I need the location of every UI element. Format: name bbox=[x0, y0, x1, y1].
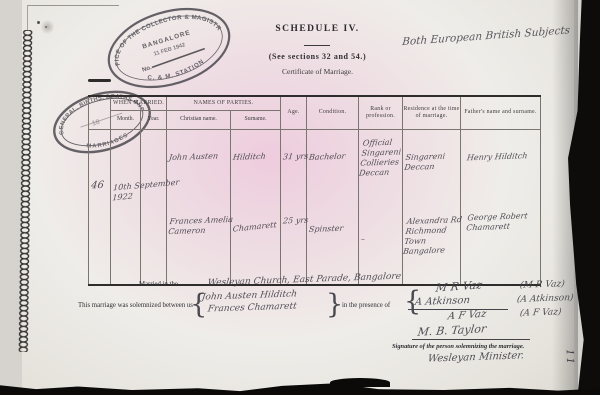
speck bbox=[45, 26, 47, 28]
bride-condition: Spinster bbox=[308, 223, 362, 235]
col-number-header bbox=[89, 96, 111, 130]
sections-note: (See sections 32 and 54.) bbox=[240, 52, 395, 61]
bride-residence: Alexandra Rd Richmond Town Bangalore bbox=[402, 215, 466, 257]
minister-underline bbox=[412, 339, 530, 340]
col-rank: Rank or profession. bbox=[359, 96, 403, 130]
col-surname: Surname. bbox=[231, 111, 281, 130]
bride-age: 25 yrs bbox=[282, 216, 310, 227]
col-month: Month. bbox=[111, 111, 141, 130]
cell-age: 31 yrs 25 yrs bbox=[281, 130, 307, 286]
ink-smudge bbox=[41, 19, 54, 35]
groom-residence: Singareni Deccan bbox=[404, 151, 466, 173]
col-condition: Condition. bbox=[307, 96, 359, 130]
col-residence: Residence at the time of marriage. bbox=[403, 96, 461, 130]
bride-rank: – bbox=[360, 233, 406, 245]
witness-signature-2: A Atkinson bbox=[414, 295, 470, 308]
cell-surname: Hilditch Chamarett bbox=[231, 130, 281, 286]
groom-father: Henry Hilditch bbox=[466, 151, 545, 164]
solemnized-label: This marriage was solemnized between us bbox=[78, 302, 193, 309]
col-age: Age. bbox=[281, 96, 307, 130]
groom-surname: Hilditch bbox=[232, 151, 285, 163]
certificate-subtitle: Certificate of Marriage. bbox=[240, 67, 395, 76]
solemnizing-signature-label: Signature of the person solemnizing the … bbox=[392, 343, 524, 350]
col-year: Year. bbox=[141, 111, 167, 130]
groom-age: 31 yrs bbox=[282, 152, 310, 163]
cell-rank: Official Singareni Collieries Deccan – bbox=[359, 130, 403, 286]
brace-close-couple: } bbox=[326, 289, 343, 320]
groom-christian-name: John Austen bbox=[168, 151, 235, 163]
marriage-register-table: WHEN MARRIED. NAMES OF PARTIES. Age. Con… bbox=[88, 95, 541, 286]
speck bbox=[37, 21, 40, 24]
entry-number: 46 bbox=[90, 180, 115, 193]
schedule-title: SCHEDULE IV. bbox=[250, 24, 385, 34]
page-border-left bbox=[27, 5, 28, 31]
group-names-of-parties: NAMES OF PARTIES. bbox=[167, 96, 281, 111]
stamp-number-label: No. bbox=[142, 65, 153, 74]
page-border-top bbox=[27, 5, 119, 6]
cell-father: Henry Hilditch George Robert Chamarett bbox=[461, 130, 541, 286]
bride-surname: Chamarett bbox=[232, 219, 284, 234]
cell-number: 46 bbox=[89, 130, 111, 286]
bride-christian-name: Frances Amelia Cameron bbox=[168, 215, 236, 237]
bride-father: George Robert Chamarett bbox=[466, 211, 546, 234]
certificate-scan: OFFICE OF THE COLLECTOR & MAGISTRATE C. … bbox=[0, 0, 600, 395]
cell-christian: John Austen Frances Amelia Cameron bbox=[167, 130, 231, 286]
presence-label: in the presence of bbox=[342, 302, 390, 309]
cell-month: 10th September 1922 bbox=[111, 130, 141, 286]
ink-mark bbox=[88, 79, 111, 82]
cell-condition: Bachelor Spinster bbox=[307, 130, 359, 286]
group-when-married: WHEN MARRIED. bbox=[111, 96, 167, 111]
groom-rank: Official Singareni Collieries Deccan bbox=[358, 137, 408, 179]
groom-condition: Bachelor bbox=[308, 151, 362, 163]
edge-annotation: 11 bbox=[564, 349, 576, 366]
witness-name-1: (M R Vaz) bbox=[519, 279, 565, 291]
cell-year bbox=[141, 130, 167, 286]
cell-residence: Singareni Deccan Alexandra Rd Richmond T… bbox=[403, 130, 461, 286]
witness-name-2: (A Atkinson) bbox=[516, 293, 574, 305]
title-rule bbox=[304, 45, 330, 46]
col-father: Father's name and surname. bbox=[461, 96, 541, 130]
witness-name-3: (A F Vaz) bbox=[519, 307, 562, 318]
married-in-label: Married in the bbox=[139, 281, 178, 288]
col-christian-name: Christian name. bbox=[167, 111, 231, 130]
